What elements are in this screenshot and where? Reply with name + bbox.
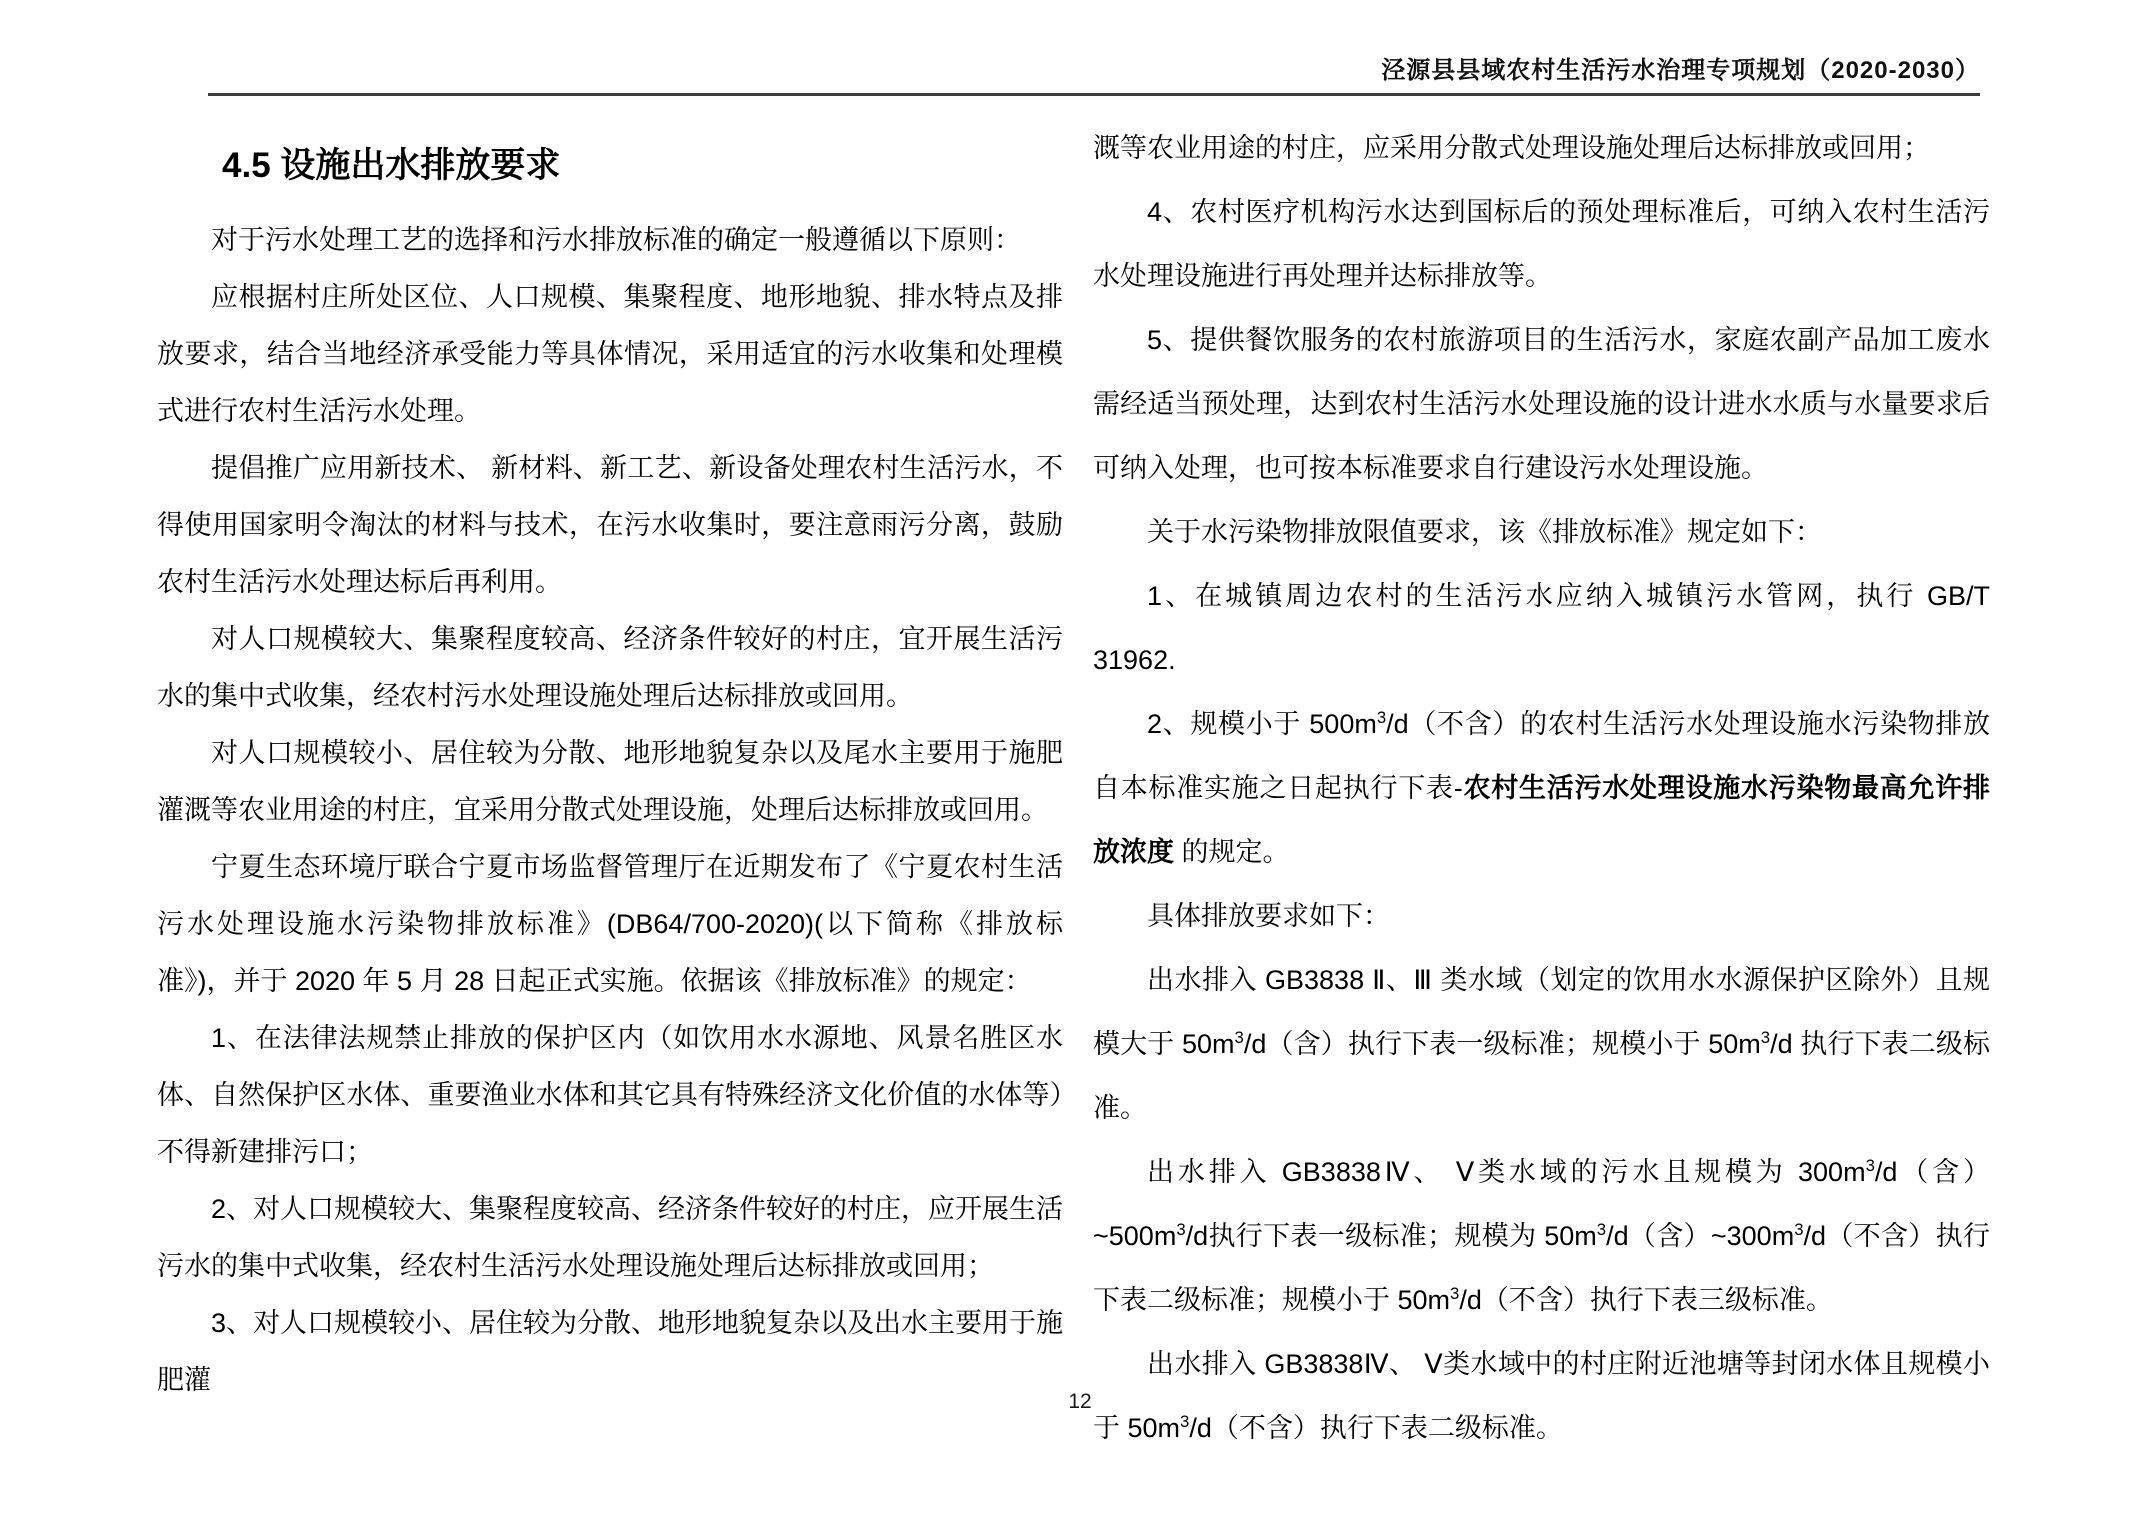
text-run: 提倡推广应用新技术、 新材料、新工艺、新设备处理农村生活污水，不得使用国家明令淘… xyxy=(157,453,1063,597)
text-run: 2、规模小于 500m xyxy=(1147,709,1377,739)
superscript-run: 3 xyxy=(1597,1220,1606,1239)
superscript-run: 3 xyxy=(1450,1284,1459,1303)
text-run: 1、在城镇周边农村的生活污水应纳入城镇污水管网，执行 GB/T 31962. xyxy=(1093,581,1990,675)
superscript-run: 3 xyxy=(1866,1156,1875,1175)
text-run: 3、对人口规模较小、居住较为分散、地形地貌复杂以及出水主要用于施肥灌 xyxy=(157,1308,1063,1395)
paragraph: 溉等农业用途的村庄，应采用分散式处理设施处理后达标排放或回用； xyxy=(1093,116,1990,180)
superscript-run: 3 xyxy=(1761,1028,1770,1047)
paragraph: 具体排放要求如下： xyxy=(1093,884,1990,948)
page-header: 泾源县县域农村生活污水治理专项规划（2020-2030） xyxy=(208,50,1980,96)
paragraph: 5、提供餐饮服务的农村旅游项目的生活污水，家庭农副产品加工废水需经适当预处理，达… xyxy=(1093,308,1990,500)
document-page: 泾源县县域农村生活污水治理专项规划（2020-2030） 4.5 设施出水排放要… xyxy=(0,0,2144,1515)
text-run: 1、在法律法规禁止排放的保护区内（如饮用水水源地、风景名胜区水体、自然保护区水体… xyxy=(157,1023,1063,1167)
superscript-run: 3 xyxy=(1180,1412,1189,1431)
text-run: 对人口规模较小、居住较为分散、地形地貌复杂以及尾水主要用于施肥灌溉等农业用途的村… xyxy=(157,738,1063,825)
text-run: 溉等农业用途的村庄，应采用分散式处理设施处理后达标排放或回用； xyxy=(1093,133,1930,163)
text-run: 2、对人口规模较大、集聚程度较高、经济条件较好的村庄，应开展生活污水的集中式收集… xyxy=(157,1194,1063,1281)
right-column: 溉等农业用途的村庄，应采用分散式处理设施处理后达标排放或回用；4、农村医疗机构污… xyxy=(1093,116,1990,1460)
paragraph: 对于污水处理工艺的选择和污水排放标准的确定一般遵循以下原则： xyxy=(157,212,1063,269)
text-run: 出水排入 GB3838Ⅳ、 Ⅴ类水域的污水且规模为 300m xyxy=(1147,1157,1866,1187)
text-run: 对人口规模较大、集聚程度较高、经济条件较好的村庄，宜开展生活污水的集中式收集，经… xyxy=(157,624,1063,711)
paragraph: 1、在城镇周边农村的生活污水应纳入城镇污水管网，执行 GB/T 31962. xyxy=(1093,564,1990,692)
paragraph: 提倡推广应用新技术、 新材料、新工艺、新设备处理农村生活污水，不得使用国家明令淘… xyxy=(157,440,1063,611)
paragraph: 对人口规模较小、居住较为分散、地形地貌复杂以及尾水主要用于施肥灌溉等农业用途的村… xyxy=(157,725,1063,839)
paragraph: 关于水污染物排放限值要求，该《排放标准》规定如下： xyxy=(1093,500,1990,564)
left-column: 对于污水处理工艺的选择和污水排放标准的确定一般遵循以下原则：应根据村庄所处区位、… xyxy=(157,212,1063,1409)
text-run: 关于水污染物排放限值要求，该《排放标准》规定如下： xyxy=(1147,517,1822,547)
text-run: /d（含）执行下表一级标准；规模小于 50m xyxy=(1244,1029,1761,1059)
paragraph: 出水排入 GB3838Ⅳ、 Ⅴ类水域的污水且规模为 300m3/d（含）~500… xyxy=(1093,1140,1990,1332)
superscript-run: 3 xyxy=(1176,1220,1185,1239)
header-title: 泾源县县域农村生活污水治理专项规划（2020-2030） xyxy=(1381,57,1980,84)
superscript-run: 3 xyxy=(1377,708,1386,727)
text-run: 宁夏生态环境厅联合宁夏市场监督管理厅在近期发布了《宁夏农村生活污水处理设施水污染… xyxy=(157,852,1063,996)
paragraph: 4、农村医疗机构污水达到国标后的预处理标准后，可纳入农村生活污水处理设施进行再处… xyxy=(1093,180,1990,308)
text-run: /d（含）~300m xyxy=(1606,1221,1794,1251)
text-run: /d（不含）执行下表二级标准。 xyxy=(1189,1413,1563,1443)
paragraph: 对人口规模较大、集聚程度较高、经济条件较好的村庄，宜开展生活污水的集中式收集，经… xyxy=(157,611,1063,725)
paragraph: 1、在法律法规禁止排放的保护区内（如饮用水水源地、风景名胜区水体、自然保护区水体… xyxy=(157,1010,1063,1181)
text-run: 的规定。 xyxy=(1174,837,1290,867)
text-run: /d执行下表一级标准；规模为 50m xyxy=(1186,1221,1597,1251)
text-run: 4、农村医疗机构污水达到国标后的预处理标准后，可纳入农村生活污水处理设施进行再处… xyxy=(1093,197,1990,291)
superscript-run: 3 xyxy=(1794,1220,1803,1239)
paragraph: 应根据村庄所处区位、人口规模、集聚程度、地形地貌、排水特点及排放要求，结合当地经… xyxy=(157,269,1063,440)
paragraph: 2、对人口规模较大、集聚程度较高、经济条件较好的村庄，应开展生活污水的集中式收集… xyxy=(157,1181,1063,1295)
paragraph: 宁夏生态环境厅联合宁夏市场监督管理厅在近期发布了《宁夏农村生活污水处理设施水污染… xyxy=(157,839,1063,1010)
paragraph: 出水排入 GB3838 Ⅱ、Ⅲ 类水域（划定的饮用水水源保护区除外）且规模大于 … xyxy=(1093,948,1990,1140)
text-run: /d（不含）执行下表三级标准。 xyxy=(1459,1285,1833,1315)
text-run: 对于污水处理工艺的选择和污水排放标准的确定一般遵循以下原则： xyxy=(211,225,1021,255)
text-run: 应根据村庄所处区位、人口规模、集聚程度、地形地貌、排水特点及排放要求，结合当地经… xyxy=(157,282,1063,426)
section-heading: 4.5 设施出水排放要求 xyxy=(222,138,560,188)
text-run: 具体排放要求如下： xyxy=(1147,901,1390,931)
superscript-run: 3 xyxy=(1235,1028,1244,1047)
page-number: 12 xyxy=(0,1390,2144,1414)
paragraph: 2、规模小于 500m3/d（不含）的农村生活污水处理设施水污染物排放自本标准实… xyxy=(1093,692,1990,884)
text-run: 5、提供餐饮服务的农村旅游项目的生活污水，家庭农副产品加工废水需经适当预处理，达… xyxy=(1093,325,1990,483)
